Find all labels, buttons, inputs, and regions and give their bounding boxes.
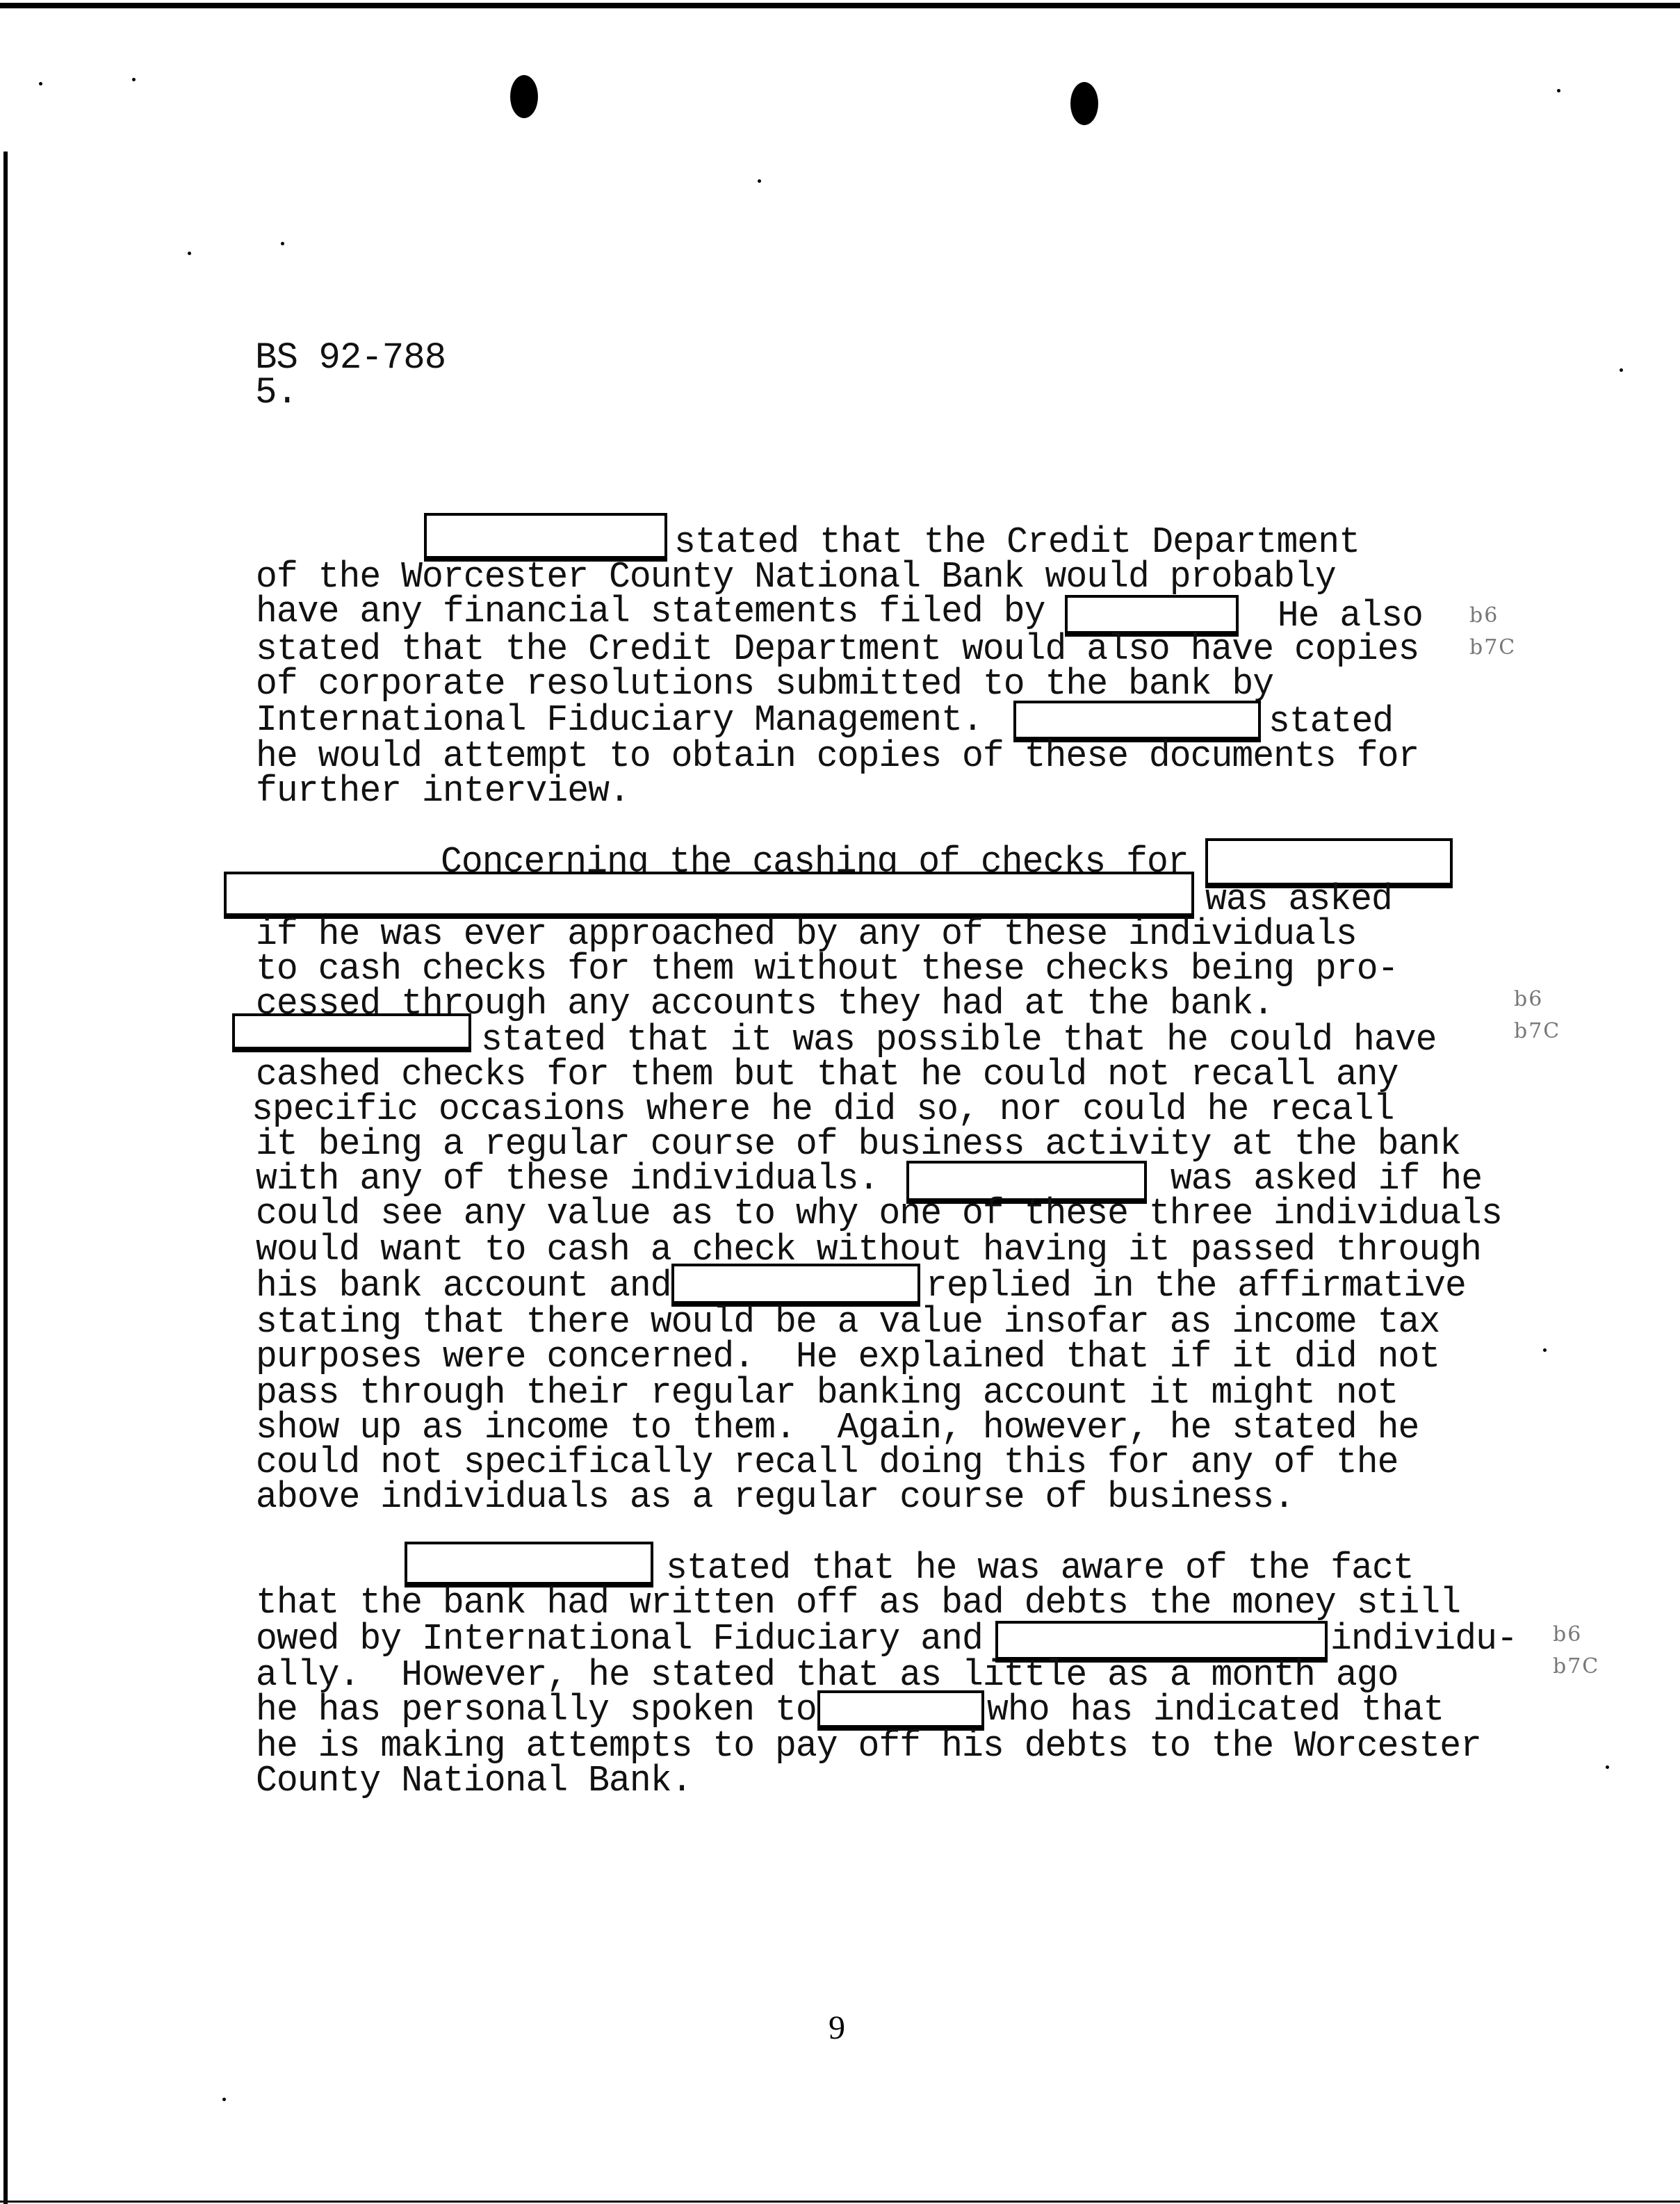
exemption-code-b6: b6 [1469,598,1499,634]
redaction-box [405,1542,653,1587]
document-page: BS 92-788 5. stated that the Credit Depa… [0,0,1680,2204]
scan-speck [758,179,761,183]
exemption-code-b6: b6 [1553,1617,1582,1653]
exemption-code-b7c: b7C [1553,1649,1599,1685]
text-line: that the bank had written off as bad deb… [256,1583,1460,1622]
scan-speck [1620,368,1623,372]
scan-speck [188,252,191,255]
text-line: his bank account and [256,1266,671,1305]
text-line: owed by International Fiduciary and [256,1619,983,1658]
punch-hole-icon [1070,82,1098,125]
scan-speck [1557,89,1560,92]
punch-hole-icon [510,75,538,118]
scan-speck [39,82,42,85]
scan-speck [132,78,136,81]
text-line: of corporate resolutions submitted to th… [256,664,1273,703]
text-line: International Fiduciary Management. [256,701,1004,740]
text-line: County National Bank. [256,1761,692,1800]
scan-speck [281,242,284,245]
exemption-code-b7c: b7C [1514,1013,1560,1050]
scan-speck [1543,1348,1547,1352]
redaction-box [671,1264,920,1307]
redaction-box [424,513,667,562]
text-line: replied in the affirmative [926,1266,1466,1305]
text-line: individu- [1330,1619,1517,1658]
scan-edge-left [3,152,8,2204]
text-line: further interview. [256,772,630,810]
scan-edge-bottom [0,2201,1680,2203]
exemption-code-b7c: b7C [1469,630,1516,666]
page-reference: 5. [255,374,297,413]
redaction-box [224,872,1194,919]
page-number: 9 [829,2009,845,2047]
text-line: could see any value as to why one of the… [256,1194,1502,1233]
text-line: have any financial statements filed by [256,592,1045,631]
exemption-code-b6: b6 [1514,981,1543,1018]
text-line: who has indicated that [987,1690,1444,1729]
redaction-box [232,1013,471,1052]
text-line: he has personally spoken to [256,1690,817,1729]
scan-speck [222,2098,226,2101]
text-line: above individuals as a regular course of… [256,1478,1294,1517]
text-line: purposes were concerned. He explained th… [256,1337,1440,1376]
scan-speck [1606,1765,1609,1769]
scan-edge-top [0,3,1680,8]
